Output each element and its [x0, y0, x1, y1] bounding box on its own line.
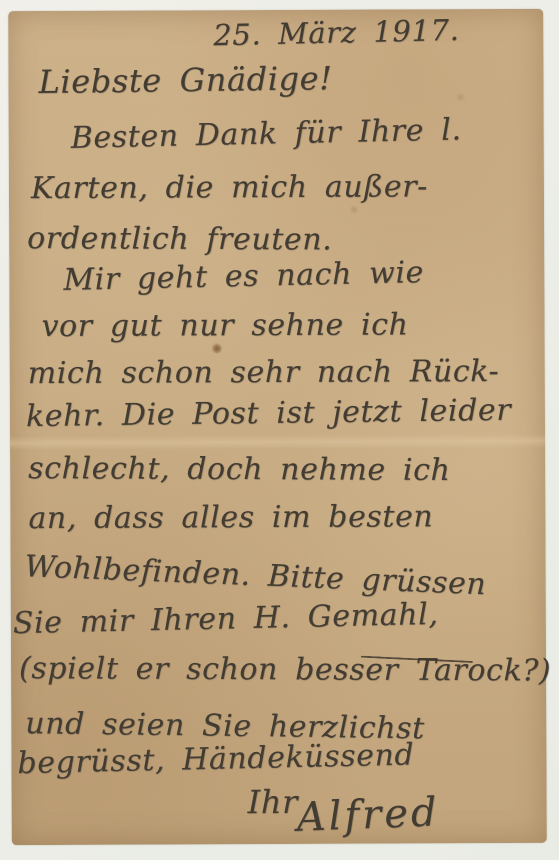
body-line: Besten Dank für Ihre l.	[70, 112, 462, 156]
body-line: (spielt er schon besser Tarock?)	[19, 651, 551, 688]
salutation-line: Liebste Gnädige!	[38, 59, 333, 101]
body-line: begrüsst, Händeküssend	[17, 737, 415, 781]
body-line: mich schon sehr nach Rück-	[28, 354, 500, 391]
body-line: vor gut nur sehne ich	[41, 307, 408, 344]
paper-crease	[10, 434, 545, 450]
scanned-postcard: 25. März 1917. Liebste Gnädige! Besten D…	[0, 0, 559, 860]
body-line: ordentlich freuten.	[27, 221, 332, 257]
body-line: Mir geht es nach wie	[63, 255, 424, 298]
body-line: kehr. Die Post ist jetzt leider	[26, 393, 512, 434]
body-line: schlecht, doch nehme ich	[28, 451, 450, 488]
closing-line: Ihr	[248, 783, 299, 821]
body-line: Wohlbefinden. Bitte grüssen	[24, 549, 487, 602]
paper-stain	[213, 344, 222, 353]
signature-name: Alfred	[296, 789, 441, 841]
body-line: Karten, die mich außer-	[31, 169, 428, 206]
postcard-paper: 25. März 1917. Liebste Gnädige! Besten D…	[8, 9, 547, 845]
body-line: an, dass alles im besten	[28, 499, 433, 536]
body-line: Sie mir Ihren H. Gemahl,	[12, 597, 438, 641]
date-line: 25. März 1917.	[213, 13, 460, 52]
